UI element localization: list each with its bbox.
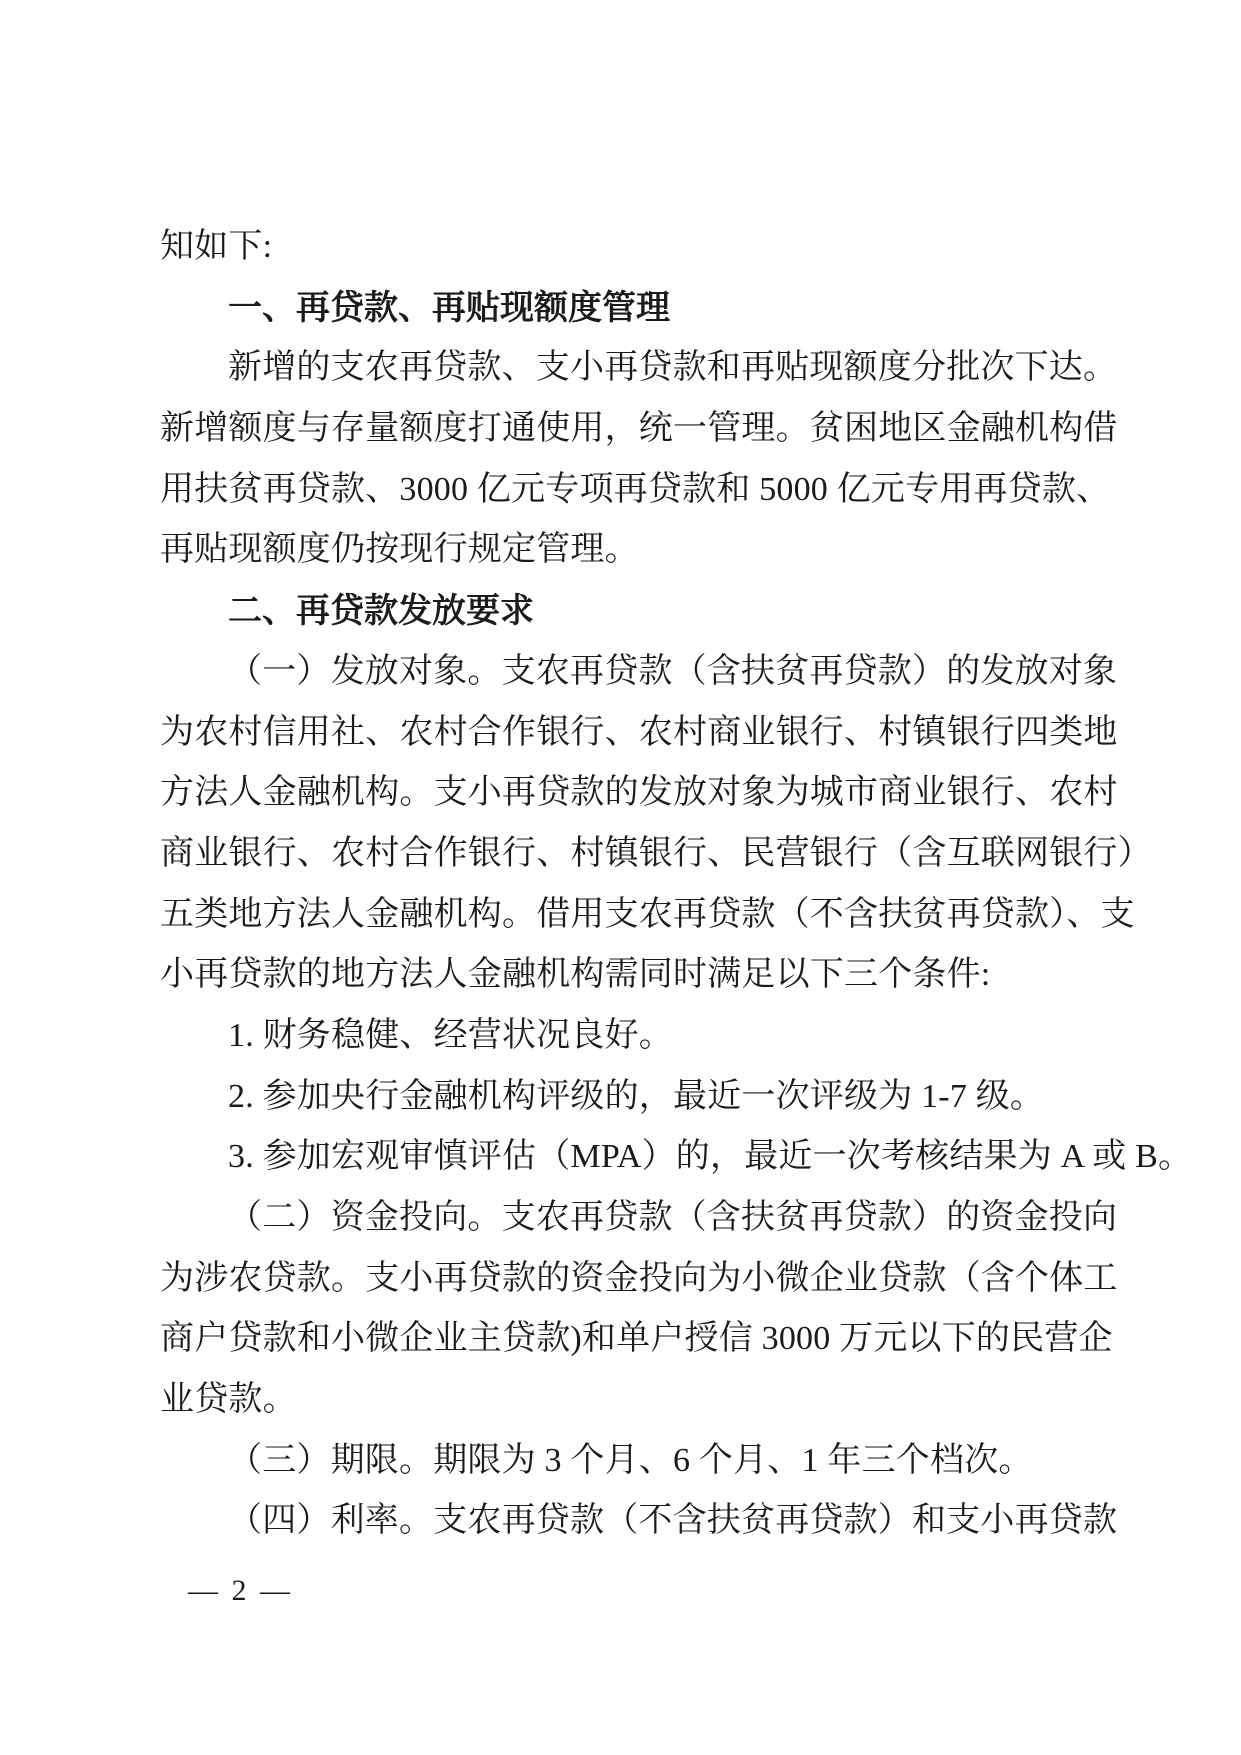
paragraph-line: （二）资金投向。支农再贷款（含扶贫再贷款）的资金投向 (160, 1188, 1082, 1249)
document-page: 知如下: 一、再贷款、再贴现额度管理 新增的支农再贷款、支小再贷款和再贴现额度分… (0, 0, 1241, 1755)
paragraph-line: 为农村信用社、农村合作银行、农村商业银行、村镇银行四类地 (160, 703, 1082, 764)
paragraph-line: 用扶贫再贷款、3000 亿元专项再贷款和 5000 亿元专用再贷款、 (160, 460, 1082, 521)
paragraph-line: （四）利率。支农再贷款（不含扶贫再贷款）和支小再贷款 (160, 1491, 1082, 1552)
paragraph-line: 新增的支农再贷款、支小再贷款和再贴现额度分批次下达。 (160, 338, 1082, 399)
paragraph-line: 小再贷款的地方法人金融机构需同时满足以下三个条件: (160, 945, 1082, 1006)
paragraph-line: （一）发放对象。支农再贷款（含扶贫再贷款）的发放对象 (160, 642, 1082, 703)
paragraph-line: 再贴现额度仍按现行规定管理。 (160, 520, 1082, 581)
list-item-1-line: 1. 财务稳健、经营状况良好。 (160, 1006, 1082, 1067)
page-number: — 2 — (188, 1574, 293, 1607)
list-item-2-line: 2. 参加央行金融机构评级的，最近一次评级为 1-7 级。 (160, 1067, 1082, 1128)
document-body: 知如下: 一、再贷款、再贴现额度管理 新增的支农再贷款、支小再贷款和再贴现额度分… (160, 217, 1082, 1552)
paragraph-line: 为涉农贷款。支小再贷款的资金投向为小微企业贷款（含个体工 (160, 1249, 1082, 1310)
paragraph-line: 五类地方法人金融机构。借用支农再贷款（不含扶贫再贷款）、支 (160, 885, 1082, 946)
paragraph-line: 方法人金融机构。支小再贷款的发放对象为城市商业银行、农村 (160, 763, 1082, 824)
paragraph-line: 商户贷款和小微企业主贷款)和单户授信 3000 万元以下的民营企 (160, 1309, 1082, 1370)
page-number-footer: — 2 — (188, 1574, 293, 1608)
paragraph-line: 新增额度与存量额度打通使用，统一管理。贫困地区金融机构借 (160, 399, 1082, 460)
continuation-text-line: 知如下: (160, 217, 1082, 278)
paragraph-line: （三）期限。期限为 3 个月、6 个月、1 年三个档次。 (160, 1431, 1082, 1492)
list-item-3-line: 3. 参加宏观审慎评估（MPA）的，最近一次考核结果为 A 或 B。 (160, 1127, 1082, 1188)
paragraph-line: 商业银行、农村合作银行、村镇银行、民营银行（含互联网银行） (160, 824, 1082, 885)
paragraph-line: 业贷款。 (160, 1370, 1082, 1431)
section-1-heading: 一、再贷款、再贴现额度管理 (160, 278, 1082, 339)
section-2-heading: 二、再贷款发放要求 (160, 581, 1082, 642)
